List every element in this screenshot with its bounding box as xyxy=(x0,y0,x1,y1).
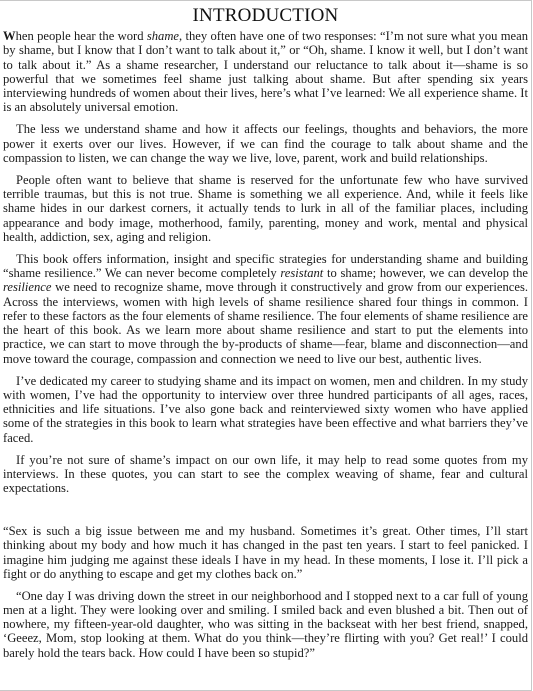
paragraph-2: The less we understand shame and how it … xyxy=(3,122,528,165)
paragraph-6: If you’re not sure of shame’s impact on … xyxy=(3,453,528,496)
emphasis-resistant: resistant xyxy=(280,266,323,280)
paragraph-5: I’ve dedicated my career to studying sha… xyxy=(3,374,528,445)
quote-2: “One day I was driving down the street i… xyxy=(3,589,528,660)
document-page: INTRODUCTION When people hear the word s… xyxy=(0,0,532,691)
paragraph-1: When people hear the word shame, they of… xyxy=(3,29,528,115)
paragraph-3: People often want to believe that shame … xyxy=(3,173,528,244)
quote-1: “Sex is such a big issue between me and … xyxy=(3,524,528,581)
emphasis-resilience: resilience xyxy=(3,280,52,294)
page-content: INTRODUCTION When people hear the word s… xyxy=(3,5,528,668)
chapter-title: INTRODUCTION xyxy=(3,5,528,27)
paragraph-4: This book offers information, insight an… xyxy=(3,252,528,366)
emphasis-shame: shame xyxy=(147,29,179,43)
section-spacer xyxy=(3,503,528,524)
paragraph-initial-letter: W xyxy=(3,29,16,43)
